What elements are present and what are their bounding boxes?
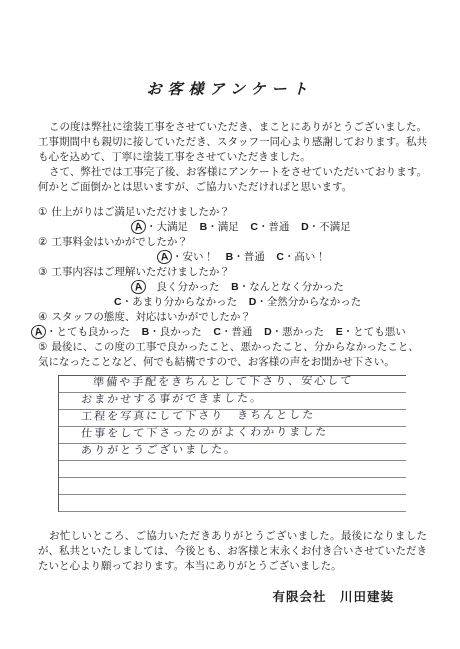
question-5-number: ⑤ — [38, 342, 47, 353]
feedback-line-empty — [59, 495, 406, 512]
question-1: ①仕上がりはご満足いただけましたか？ — [38, 205, 427, 220]
question-3-text: 工事内容はご理解いただけましたか？ — [51, 267, 230, 278]
option-a-selected: A・大満足 — [131, 222, 188, 233]
question-1-options: A・大満足 B・満足 C・普通 D・不満足 — [38, 220, 427, 235]
intro-paragraph-2: さて、弊社では工事完了後、お客様にアンケートをさせていただいております。何かとご… — [38, 165, 427, 195]
answer-circle: A — [130, 219, 147, 235]
handwritten-text: 仕事をして下さったのがよくわかりました — [59, 427, 406, 442]
question-3-options-line-1: A 良く分かった B・なんとなく分かった — [38, 280, 427, 295]
option-text: ・とても悪い — [343, 327, 406, 338]
feedback-line: 準備や手配をきちんとして下さり、安心して — [59, 376, 406, 393]
option-d: D・悪かった — [264, 327, 324, 338]
option-text: ・普通 — [233, 252, 265, 263]
question-2: ②工事料金はいかがでしたか？ — [38, 235, 427, 250]
answer-circle: A — [130, 279, 147, 295]
feedback-line: おまかせする事ができました。 — [59, 393, 406, 410]
question-3-number: ③ — [38, 267, 47, 278]
option-text: ・悪かった — [272, 327, 325, 338]
page-title: お客様アンケート — [0, 0, 460, 99]
intro-paragraph-1: この度は弊社に塗装工事をさせていただき、まことにありがとうございました。工事期間… — [38, 120, 427, 165]
option-c: C・あまり分からなかった — [114, 297, 237, 308]
question-5-text: 最後に、この度の工事で良かったこと、悪かったこと、分からなかったこと、気になった… — [38, 342, 419, 368]
option-text: ・大満足 — [146, 222, 188, 233]
feedback-line: 工程を写真にして下さり きちんとした — [59, 410, 406, 427]
question-4-number: ④ — [38, 312, 47, 323]
option-letter: C — [213, 326, 221, 338]
answer-circle: A — [156, 249, 173, 265]
option-b: B・なんとなく分かった — [231, 282, 344, 293]
feedback-line-empty — [59, 461, 406, 478]
option-c: C・普通 — [213, 327, 252, 338]
option-text: ・満足 — [207, 222, 239, 233]
option-text: ・良かった — [149, 327, 202, 338]
customer-feedback-box: 準備や手配をきちんとして下さり、安心して おまかせする事ができました。 工程を写… — [58, 375, 406, 512]
question-4-text: スタッフの態度、対応はいかがでしたか？ — [51, 312, 251, 323]
option-b: B・満足 — [200, 222, 239, 233]
handwritten-text: 工程を写真にして下さり きちんとした — [59, 410, 406, 425]
option-letter: C — [250, 221, 258, 233]
closing-section: お忙しいところ、ご協力いただきありがとうございました。最後になりましたが、私共と… — [38, 529, 427, 574]
option-a-selected: A・とても良かった — [31, 327, 130, 338]
feedback-line-empty — [59, 478, 406, 495]
survey-document-page: お客様アンケート この度は弊社に塗装工事をさせていただき、まことにありがとうござ… — [0, 0, 460, 649]
question-4-options: A・とても良かった B・良かった C・普通 D・悪かった E・とても悪い — [31, 325, 427, 340]
option-letter: C — [276, 251, 284, 263]
intro-section: この度は弊社に塗装工事をさせていただき、まことにありがとうございました。工事期間… — [38, 120, 427, 195]
option-d: D・全然分からなかった — [249, 297, 362, 308]
question-2-number: ② — [38, 237, 47, 248]
feedback-line: ありがとうございました。 — [59, 444, 406, 461]
option-text: ・普通 — [221, 327, 253, 338]
option-text: ・安い！ — [172, 252, 214, 263]
option-text: ・高い！ — [284, 252, 326, 263]
option-c: C・高い！ — [276, 252, 326, 263]
option-text: ・普通 — [258, 222, 290, 233]
question-2-options: A・安い！ B・普通 C・高い！ — [38, 250, 427, 265]
option-b: B・普通 — [226, 252, 265, 263]
question-3-options-line-2: C・あまり分からなかった D・全然分からなかった — [38, 295, 427, 310]
handwritten-text: ありがとうございました。 — [59, 444, 406, 459]
question-4: ④スタッフの態度、対応はいかがでしたか？ — [38, 310, 427, 325]
option-text: ・不満足 — [309, 222, 351, 233]
option-c: C・普通 — [250, 222, 289, 233]
option-letter: D — [301, 221, 309, 233]
option-text: ・なんとなく分かった — [239, 282, 344, 293]
questions-section: ①仕上がりはご満足いただけましたか？ A・大満足 B・満足 C・普通 D・不満足… — [38, 205, 427, 370]
handwritten-text: 準備や手配をきちんとして下さり、安心して — [59, 376, 406, 391]
option-d: D・不満足 — [301, 222, 351, 233]
option-letter: C — [114, 296, 122, 308]
company-signature: 有限会社 川田建装 — [0, 587, 460, 605]
question-2-text: 工事料金はいかがでしたか？ — [51, 237, 188, 248]
option-text: 良く分かった — [146, 282, 220, 293]
question-1-number: ① — [38, 207, 47, 218]
feedback-line: 仕事をして下さったのがよくわかりました — [59, 427, 406, 444]
question-1-text: 仕上がりはご満足いただけましたか？ — [51, 207, 230, 218]
option-text: ・あまり分からなかった — [122, 297, 238, 308]
option-letter: E — [336, 326, 343, 338]
handwritten-text: おまかせする事ができました。 — [59, 393, 406, 408]
option-text: ・とても良かった — [46, 327, 130, 338]
question-5: ⑤最後に、この度の工事で良かったこと、悪かったこと、分からなかったこと、気になっ… — [38, 340, 427, 370]
option-a-selected: A 良く分かった — [131, 282, 220, 293]
option-b: B・良かった — [142, 327, 202, 338]
closing-paragraph: お忙しいところ、ご協力いただきありがとうございました。最後になりましたが、私共と… — [38, 529, 427, 574]
option-letter: B — [231, 281, 239, 293]
option-text: ・全然分からなかった — [256, 297, 361, 308]
question-3: ③工事内容はご理解いただけましたか？ — [38, 265, 427, 280]
answer-circle: A — [30, 324, 47, 340]
option-letter: D — [264, 326, 272, 338]
option-e: E・とても悪い — [336, 327, 406, 338]
option-a-selected: A・安い！ — [157, 252, 214, 263]
